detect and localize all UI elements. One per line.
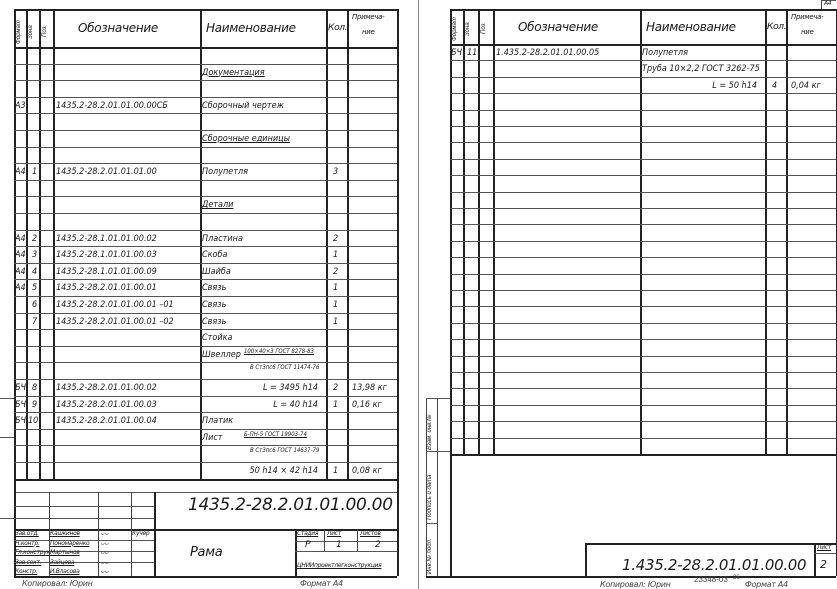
cell-name: Связь	[202, 282, 226, 294]
cell-name-denominator: В Ст3пс6 ГОСТ 11474-76	[250, 362, 319, 374]
sheet-value: 1	[336, 540, 341, 550]
tb-line	[295, 551, 397, 552]
cell-name: Стойка	[202, 332, 232, 344]
side-stub	[0, 518, 14, 519]
cell-qty: 2	[333, 266, 338, 278]
stamp-replace-inv: Взам. инв.№	[427, 415, 433, 450]
stamp-inv-orig: Инв.№ подл.	[427, 538, 433, 574]
cell-name: Скоба	[202, 249, 227, 261]
right_sheet-row-line	[450, 454, 836, 456]
right_sheet-frame-left-table	[450, 9, 452, 454]
right_sheet-row-line	[450, 224, 836, 225]
cell-name: Лист	[202, 432, 223, 444]
cell-position: 9	[32, 399, 37, 411]
frame-left-bottom	[450, 454, 452, 576]
footer-copied: Копировал: Юрин	[600, 580, 671, 589]
stamp-sign-date: Подпись и дата	[427, 475, 433, 520]
left_sheet-row-line	[14, 64, 397, 65]
header-note-1: Примеча-	[352, 13, 384, 21]
cell-format: БЧ	[451, 47, 462, 59]
document-code: 1.435.2-28.2.01.01.00.00	[622, 556, 806, 574]
cell-name: 50 h14 × 42 h14	[249, 465, 318, 477]
document-code: 1435.2-28.2.01.01.00.00	[188, 495, 393, 515]
header-format: Формат	[16, 20, 22, 44]
header-zone: Зона	[465, 22, 471, 36]
signature-name: Мартынов	[50, 549, 80, 556]
cell-qty: 1	[333, 249, 338, 261]
stamp-line	[426, 451, 450, 452]
cell-format: А4	[15, 282, 26, 294]
footer-format: Формат А4	[300, 579, 343, 588]
cell-position: 4	[32, 266, 37, 278]
signature-role: Констр.	[15, 568, 37, 575]
section-heading: Детали	[202, 199, 233, 211]
cell-designation: 1435.2-28.2.01.01.00.00СБ	[56, 100, 168, 112]
side-stub	[0, 398, 14, 399]
cell-format: А4	[15, 249, 26, 261]
cell-position: 5	[32, 282, 37, 294]
right_sheet-row-line	[450, 175, 836, 176]
left_sheet-row-line	[14, 213, 397, 214]
right_sheet-row-line	[450, 339, 836, 340]
left_sheet-row-line	[14, 180, 397, 181]
cell-format: БЧ	[15, 399, 26, 411]
cell-name: L = 3495 h14	[263, 382, 318, 394]
signature-name: И.Власова	[50, 568, 80, 575]
stamp-line	[426, 398, 450, 399]
side-stub	[0, 437, 14, 438]
cell-qty: 1	[333, 465, 338, 477]
cell-name: L = 40 h14	[273, 399, 318, 411]
tb-line	[814, 553, 836, 554]
cell-format: БЧ	[15, 415, 26, 427]
left_sheet-row-line	[14, 379, 397, 380]
cell-name: Полупетля	[642, 47, 688, 59]
signature-name: Пономаренко	[50, 540, 89, 547]
cell-position: 1	[32, 166, 37, 178]
tb-col	[585, 543, 587, 576]
sheets-value: 2	[375, 540, 380, 550]
tb-line	[14, 518, 154, 519]
tb-col	[324, 529, 325, 551]
cell-qty: 4	[772, 80, 777, 92]
tb-bottom	[14, 576, 397, 578]
left_sheet-row-line	[14, 479, 397, 481]
left_sheet-row-line	[14, 429, 397, 430]
left_sheet-row-line	[14, 263, 397, 264]
cell-designation: 1435.2-28.2.01.01.00.01 –01	[56, 299, 174, 311]
stamp-line	[426, 576, 836, 578]
cell-note: 13,98 кг	[352, 382, 387, 394]
cell-name: Платик	[202, 415, 233, 427]
cell-qty: 3	[333, 166, 338, 178]
sheet-label: Лист	[327, 530, 341, 537]
cell-name-numerator: Б-ПН-5 ГОСТ 19903-74	[244, 429, 307, 441]
right_sheet-row-line	[450, 60, 836, 61]
cell-position: 8	[32, 382, 37, 394]
signature-role: Н.контр.	[15, 540, 39, 547]
left_sheet-row-line	[14, 462, 397, 463]
right_sheet-row-line	[450, 274, 836, 275]
right_sheet-col-line	[463, 9, 465, 454]
right_sheet-row-line	[450, 257, 836, 258]
left_sheet-row-line	[14, 246, 397, 247]
tb-col	[154, 492, 156, 576]
left_sheet-row-line	[14, 80, 397, 81]
organization: ЦНИИпроектлегконструкция	[297, 562, 381, 569]
cell-note: 0,16 кг	[352, 399, 382, 411]
cell-position: 6	[32, 299, 37, 311]
cell-name: Пластина	[202, 233, 243, 245]
right_sheet-row-line	[450, 126, 836, 127]
right_sheet-row-line	[450, 405, 836, 406]
left_sheet-row-line	[14, 130, 397, 131]
tb-line	[14, 492, 397, 493]
cell-name: Швеллер	[202, 349, 241, 361]
left_sheet-row-line	[14, 279, 397, 280]
right_sheet-row-line	[450, 356, 836, 357]
left_sheet-row-line	[14, 230, 397, 231]
right_sheet-row-line	[450, 290, 836, 291]
left_sheet-row-line	[14, 313, 397, 314]
left_sheet-row-line	[14, 163, 397, 164]
footer-sheet-mark: 26	[733, 575, 740, 581]
tb-top	[585, 543, 836, 545]
tb-line	[295, 541, 397, 542]
signature-name: Зайцева	[50, 559, 74, 566]
cell-format: А4	[15, 266, 26, 278]
right_sheet-frame-top	[450, 9, 836, 11]
right_sheet-row-line	[450, 77, 836, 78]
corner-format-mark: А4	[824, 0, 831, 7]
signature-role: Гл.конструк.	[15, 549, 51, 556]
header-designation: Обозначение	[78, 21, 158, 35]
left_sheet-row-line	[14, 445, 397, 446]
signature-date: Кучер	[132, 530, 149, 537]
cell-qty: 1	[333, 316, 338, 328]
signature-name: Кашкинов	[50, 530, 80, 537]
cell-qty: 1	[333, 282, 338, 294]
right_sheet-row-line	[450, 110, 836, 111]
document-name: Рама	[190, 545, 222, 560]
cell-designation: 1435.2-28.2.01.01.00.04	[56, 415, 157, 427]
tb-col	[357, 529, 358, 551]
header-name: Наименование	[206, 21, 296, 35]
cell-name-numerator: 100×40×3 ГОСТ 8278-83	[244, 346, 314, 358]
left_sheet-row-line	[14, 196, 397, 197]
cell-designation: 1435.2-28.2.01.01.00.01	[56, 282, 157, 294]
page-separator	[418, 0, 419, 589]
header-note-1: Примеча-	[791, 13, 823, 21]
cell-designation: 1435.2-28.2.01.01.00.01 –02	[56, 316, 174, 328]
footer-format: Формат А4	[745, 580, 788, 589]
cell-designation: 1435.2-28.2.01.01.01.00	[56, 166, 157, 178]
right_sheet-row-line	[450, 438, 836, 439]
right_sheet-col-line	[640, 9, 642, 454]
cell-name-denominator: В Ст3пс6 ГОСТ 14637-79	[250, 445, 319, 457]
left_sheet-row-line	[14, 113, 397, 114]
header-pos: Поз.	[481, 22, 487, 34]
left_sheet-row-line	[14, 412, 397, 413]
cell-name: Сборочный чертеж	[202, 100, 284, 112]
cell-qty: 1	[333, 399, 338, 411]
left_sheet-row-line	[14, 329, 397, 330]
left_sheet-row-line	[14, 97, 397, 98]
cell-qty: 2	[333, 233, 338, 245]
right_sheet-row-line	[450, 159, 836, 160]
cell-format: А4	[15, 166, 26, 178]
cell-name: Шайба	[202, 266, 231, 278]
cell-position: 10	[28, 415, 38, 427]
cell-designation: 1.435.2-28.2.01.01.00.05	[496, 47, 599, 59]
right_sheet-col-line	[478, 9, 480, 454]
cell-designation: 1435.2-28.1.01.01.00.03	[56, 249, 157, 261]
cell-name: Связь	[202, 299, 226, 311]
corner-box	[821, 0, 822, 9]
left_sheet-row-line	[14, 346, 397, 347]
right_sheet-col-line	[765, 9, 767, 454]
header-name: Наименование	[646, 20, 736, 34]
cell-name: Полупетля	[202, 166, 248, 178]
left_sheet-row-line	[14, 147, 397, 148]
header-format: Формат	[452, 17, 458, 41]
left_sheet-row-line	[14, 396, 397, 397]
header-note-2: ние	[362, 28, 375, 36]
sheet-value: 2	[820, 558, 827, 571]
right_sheet-row-line	[450, 241, 836, 242]
header-qty: Кол.	[328, 23, 347, 33]
cell-qty: 2	[333, 382, 338, 394]
footer-copied: Копировал: Юрин	[22, 579, 93, 588]
right_sheet-row-line	[450, 192, 836, 193]
cell-position: 3	[32, 249, 37, 261]
right_sheet-row-line	[450, 372, 836, 373]
cell-name: L = 50 h14	[712, 80, 757, 92]
right_sheet-row-line	[450, 306, 836, 307]
signature-role: Зав.сект.	[15, 559, 41, 566]
right_sheet-header-bottom	[450, 44, 836, 46]
header-note-2: ние	[801, 28, 814, 36]
cell-designation: 1435.2-28.2.01.01.00.03	[56, 399, 157, 411]
tb-col	[814, 543, 816, 576]
left_sheet-frame-top	[14, 9, 397, 11]
left_sheet-row-line	[14, 362, 397, 363]
tb-line	[14, 506, 154, 507]
cell-note: 0,08 кг	[352, 465, 382, 477]
right_sheet-row-line	[450, 208, 836, 209]
cell-designation: 1435.2-28.2.01.01.00.02	[56, 382, 157, 394]
right_sheet-row-line	[450, 142, 836, 143]
right_sheet-row-line	[450, 323, 836, 324]
cell-format: БЧ	[15, 382, 26, 394]
cell-designation: 1435.2-28.1.01.01.00.02	[56, 233, 157, 245]
header-designation: Обозначение	[518, 20, 598, 34]
cell-name: Труба 10×2,2 ГОСТ 3262-75	[642, 63, 760, 75]
signature-mark: 〰	[100, 567, 108, 578]
cell-name: Связь	[202, 316, 226, 328]
stage-label: Стадия	[297, 530, 318, 537]
tb-col	[98, 492, 99, 576]
right_sheet-row-line	[450, 93, 836, 94]
stamp-line	[426, 523, 438, 524]
right_sheet-row-line	[450, 388, 836, 389]
cell-position: 2	[32, 233, 37, 245]
left_sheet-header-bottom	[14, 47, 397, 49]
cell-format: А4	[15, 233, 26, 245]
cell-note: 0,04 кг	[791, 80, 821, 92]
right_sheet-col-line	[493, 9, 495, 454]
cell-position: 11	[467, 47, 477, 59]
cell-position: 7	[32, 316, 37, 328]
header-zone: Зона	[28, 25, 34, 39]
stamp-col	[437, 398, 438, 578]
right_sheet-col-line	[786, 9, 788, 454]
section-heading: Документация	[202, 67, 265, 79]
header-qty: Кол.	[767, 22, 786, 32]
footer-number: 23348-03	[694, 575, 728, 584]
left_sheet-row-line	[14, 296, 397, 297]
cell-designation: 1435.2-28.1.01.01.00.09	[56, 266, 157, 278]
stage-value: Р	[305, 540, 310, 550]
cell-qty: 1	[333, 299, 338, 311]
left_sheet-frame-right	[397, 9, 399, 576]
cell-format: А3	[15, 100, 26, 112]
header-pos: Поз.	[42, 25, 48, 37]
sheets-label: Листов	[360, 530, 381, 537]
right_sheet-row-line	[450, 421, 836, 422]
signature-role: Зав.отд.	[15, 530, 39, 537]
sheet-label: Лист	[817, 544, 831, 551]
section-heading: Сборочные единицы	[202, 133, 290, 145]
